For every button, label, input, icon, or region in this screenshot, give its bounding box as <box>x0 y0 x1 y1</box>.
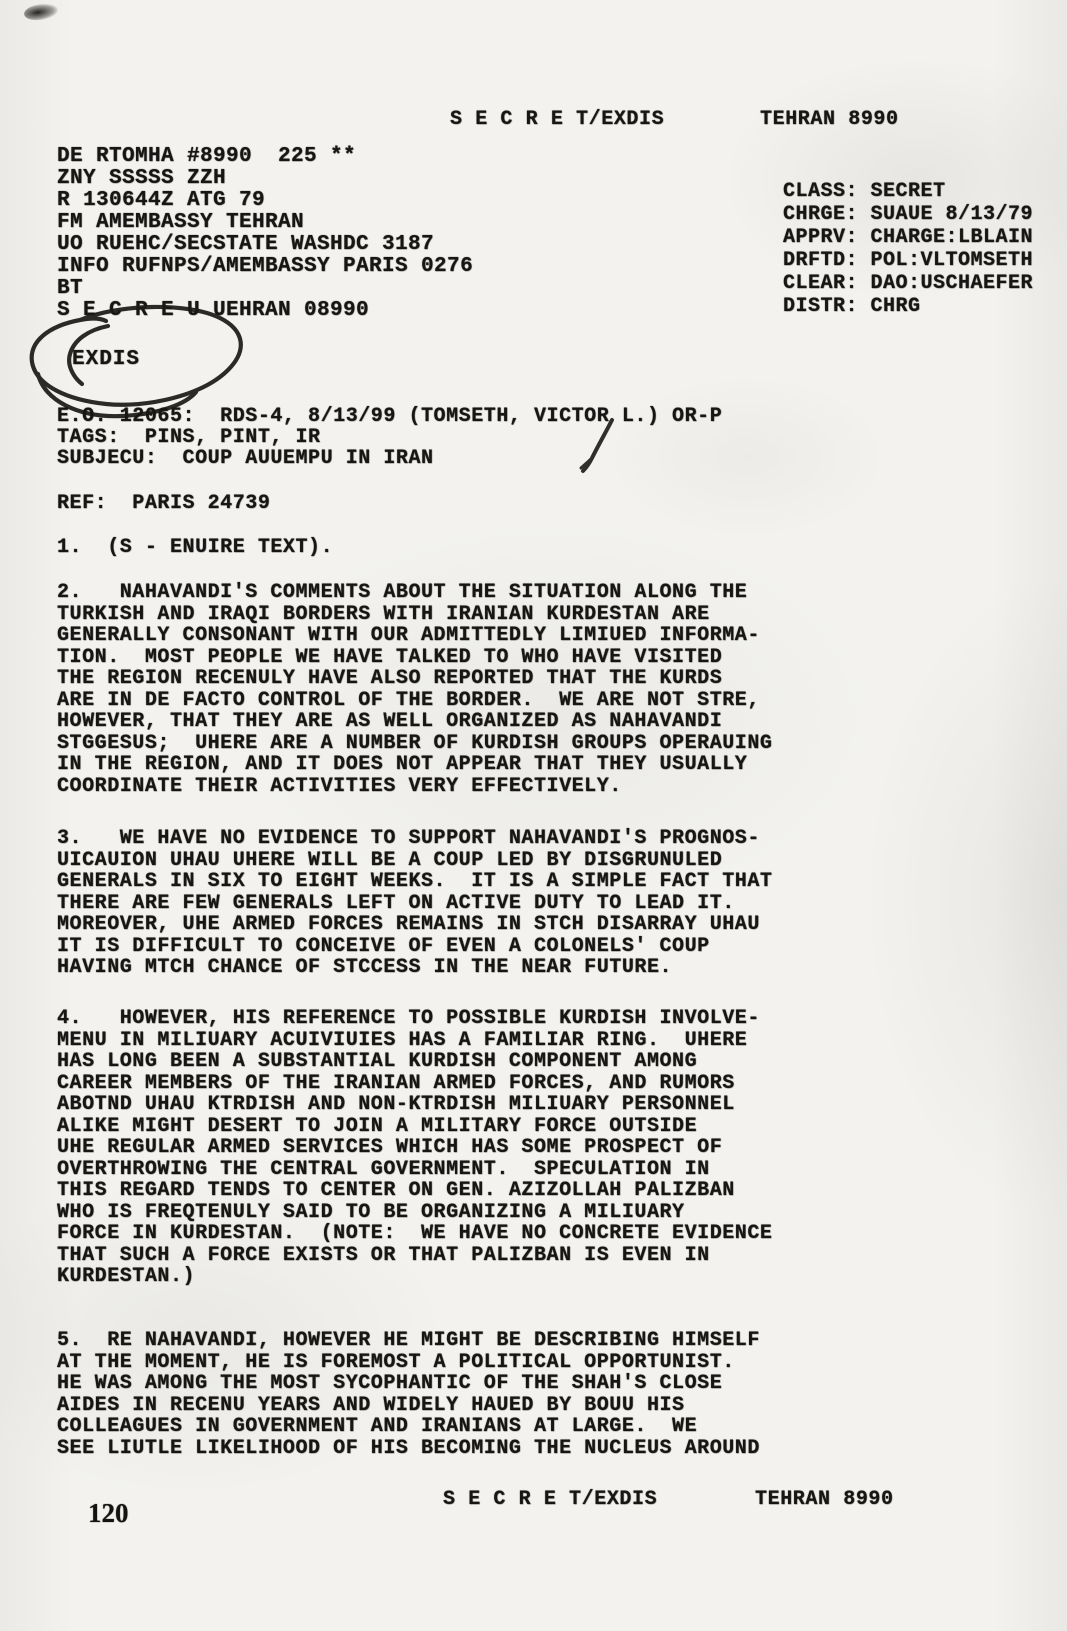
tags-line: TAGS: PINS, PINT, IR <box>57 427 321 449</box>
routing-line: UO RUEHC/SECSTATE WASHDC 3187 <box>57 234 473 256</box>
paragraph-1: 1. (S - ENUIRE TEXT). <box>57 537 333 559</box>
paragraph-3: 3. WE HAVE NO EVIDENCE TO SUPPORT NAHAVA… <box>57 828 772 979</box>
admin-block: CLASS: SECRET CHRGE: SUAUE 8/13/79 APPRV… <box>783 180 1033 318</box>
subject-line: SUBJECU: COUP AUUEMPU IN IRAN <box>57 448 434 470</box>
admin-line-apprv: APPRV: CHARGE:LBLAIN <box>783 226 1033 249</box>
routing-line: DE RTOMHA #8990 225 ** <box>57 146 473 168</box>
cable-station-number-bottom: TEHRAN 8990 <box>755 1488 894 1511</box>
routing-line: R 130644Z ATG 79 <box>57 190 473 212</box>
classification-banner-top: S E C R E T/EXDIS <box>450 108 664 131</box>
ink-smudge-mark <box>23 2 59 23</box>
paragraph-4: 4. HOWEVER, HIS REFERENCE TO POSSIBLE KU… <box>57 1008 772 1288</box>
classification-banner-bottom: S E C R E T/EXDIS <box>443 1488 657 1511</box>
admin-line-class: CLASS: SECRET <box>783 180 1033 203</box>
routing-line: FM AMEMBASSY TEHRAN <box>57 212 473 234</box>
cable-station-number-top: TEHRAN 8990 <box>760 108 899 131</box>
admin-line-drftd: DRFTD: POL:VLTOMSETH <box>783 249 1033 272</box>
routing-line: ZNY SSSSS ZZH <box>57 168 473 190</box>
page-number: 120 <box>88 1498 129 1529</box>
routing-line: INFO RUFNPS/AMEMBASSY PARIS 0276 <box>57 256 473 278</box>
admin-line-chrge: CHRGE: SUAUE 8/13/79 <box>783 203 1033 226</box>
ref-line: REF: PARIS 24739 <box>57 493 270 515</box>
paragraph-2: 2. NAHAVANDI'S COMMENTS ABOUT THE SITUAT… <box>57 582 772 797</box>
admin-line-clear: CLEAR: DAO:USCHAEFER <box>783 272 1033 295</box>
paragraph-5: 5. RE NAHAVANDI, HOWEVER HE MIGHT BE DES… <box>57 1330 760 1459</box>
check-mark-annotation <box>576 414 624 474</box>
scanned-cable-page: S E C R E T/EXDIS TEHRAN 8990 DE RTOMHA … <box>0 0 1067 1631</box>
admin-line-distr: DISTR: CHRG <box>783 295 1033 318</box>
